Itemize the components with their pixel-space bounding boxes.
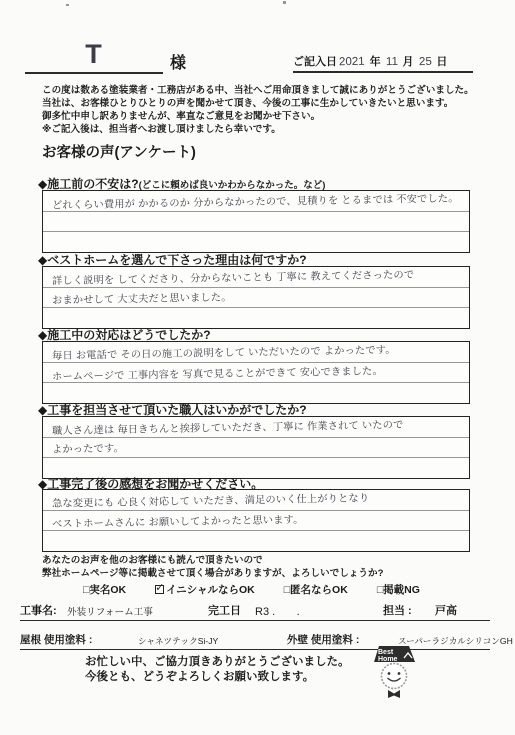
closing-line-1: お忙しい中、ご協力頂きありがとうございました。 xyxy=(85,655,350,670)
option-no-publish-label: □掲載NG xyxy=(377,582,420,597)
answer-row: おまかせして 大丈夫だと思いました。 xyxy=(43,288,469,309)
closing-line-2: 今後とも、どうぞよろしくお願い致します。 xyxy=(85,670,350,685)
answer-5-line-2: ベストホームさんに お願いしてよかったと思います。 xyxy=(52,511,304,530)
answer-row: ベストホームさんに お願いしてよかったと思います。 xyxy=(43,511,469,532)
answer-row: ホームページで 工事内容を 写真で見ることができて 安心できました。 xyxy=(43,363,469,384)
checkbox-initials-icon xyxy=(155,585,164,594)
option-anonymous: □匿名ならOK xyxy=(284,582,348,597)
mascot-icon: Best Home xyxy=(371,645,419,703)
intro-line-1: この度は数ある塗装業者・工務店がある中、当社へご用命頂きまして誠にありがとうござ… xyxy=(42,84,474,97)
answer-row xyxy=(43,531,469,551)
paints-info-row: 屋根 使用塗料 : シャネツテックSi-JY 外壁 使用塗料 : スーパーラジカ… xyxy=(20,630,490,650)
answer-2-line-2: おまかせして 大丈夫だと思いました。 xyxy=(52,288,232,306)
manager-label: 担当 : xyxy=(383,602,412,618)
option-initials-label: イニシャルならOK xyxy=(166,582,255,597)
answer-3-line-2: ホームページで 工事内容を 写真で見ることができて 安心できました。 xyxy=(52,363,383,383)
answer-row xyxy=(43,212,469,233)
customer-name-field: T xyxy=(25,34,163,74)
answer-4-line-1: 職人さん達は 毎日きちんと挨拶していただき、丁寧に 作業されて いたので xyxy=(52,417,404,437)
answer-box-4: 職人さん達は 毎日きちんと挨拶していただき、丁寧に 作業されて いたので よかっ… xyxy=(42,416,470,479)
consent-paragraph: あなたのお声を他のお客様にも読んで頂きたいので 弊社ホームページ等に掲載させて頂… xyxy=(42,554,383,580)
intro-line-2: 当社は、お客様ひとりひとりの声を聞かせて頂き、今後の工事に生かしていきたいと思い… xyxy=(42,97,474,110)
best-home-mascot-logo: Best Home xyxy=(371,645,419,703)
option-initials: イニシャルならOK xyxy=(155,582,255,597)
intro-line-3: 御多忙中申し訳ありませんが、率直なご意見をお聞かせ下さい。 xyxy=(42,110,474,123)
fill-date-month-value: 11 xyxy=(385,56,397,68)
manager-value: 戸高 xyxy=(435,602,457,618)
scan-speck xyxy=(66,4,69,6)
answer-box-2: 詳しく説明を してくださり、分からないことも 丁寧に 教えてくださったので おま… xyxy=(42,266,470,329)
option-real-name: □実名OK xyxy=(83,582,126,597)
consent-options: □実名OK イニシャルならOK □匿名ならOK □掲載NG xyxy=(83,582,420,597)
fill-date-field: ご記入日 2021 年 11 月 25 日 xyxy=(293,46,473,73)
option-anonymous-label: □匿名ならOK xyxy=(284,582,348,597)
option-real-name-label: □実名OK xyxy=(83,582,126,597)
answer-row: 職人さん達は 毎日きちんと挨拶していただき、丁寧に 作業されて いたので xyxy=(43,417,469,438)
project-info-row: 工事名: 外装リフォーム工事 完工日 R3 . . 担当 : 戸高 xyxy=(20,601,490,621)
answer-row xyxy=(43,232,469,252)
question-1-label: ◆施工前の不安は? xyxy=(38,177,139,191)
option-no-publish: □掲載NG xyxy=(377,582,420,597)
answer-row: 詳しく説明を してくださり、分からないことも 丁寧に 教えてくださったので xyxy=(43,267,469,288)
customer-name-honorific: 様 xyxy=(170,50,186,73)
question-3-label: ◆施工中の対応はどうでしたか? xyxy=(38,328,211,342)
intro-paragraph: この度は数ある塗装業者・工務店がある中、当社へご用命頂きまして誠にありがとうござ… xyxy=(42,84,474,136)
year-unit-label: 年 xyxy=(370,53,381,69)
answer-box-3: 毎日 お電話で その日の施工の説明をして いただいたので よかったです。 ホーム… xyxy=(42,341,470,404)
answer-row: どれくらい費用が かかるのか 分からなかったので、見積りを とるまでは 不安でし… xyxy=(43,191,469,212)
project-name-value: 外装リフォーム工事 xyxy=(67,604,153,618)
answer-box-1: どれくらい費用が かかるのか 分からなかったので、見積りを とるまでは 不安でし… xyxy=(42,190,470,253)
answer-5-line-1: 急な変更にも 心良く対応して いただき、満足のいく仕上がりとなり xyxy=(52,490,369,510)
day-unit-label: 日 xyxy=(436,53,447,69)
month-unit-label: 月 xyxy=(403,53,414,69)
closing-message: お忙しい中、ご協力頂きありがとうございました。 今後とも、どうぞよろしくお願い致… xyxy=(85,655,350,685)
answer-3-line-1: 毎日 お電話で その日の施工の説明をして いただいたので よかったです。 xyxy=(52,342,396,362)
scan-speck xyxy=(283,1,286,4)
answer-row: 毎日 お電話で その日の施工の説明をして いただいたので よかったです。 xyxy=(43,342,469,363)
consent-line-1: あなたのお声を他のお客様にも読んで頂きたいので xyxy=(42,554,383,567)
question-4-label: ◆工事を担当させて頂いた職人はいかがでしたか? xyxy=(38,403,307,417)
svg-text:Home: Home xyxy=(378,656,398,663)
roof-paint-value: シャネツテックSi-JY xyxy=(138,635,218,647)
project-name-label: 工事名: xyxy=(20,602,57,618)
consent-line-2: 弊社ホームページ等に掲載させて頂く場合がありますが、よろしいでしょうか? xyxy=(42,567,383,580)
answer-1-line-1: どれくらい費用が かかるのか 分からなかったので、見積りを とるまでは 不安でし… xyxy=(52,191,459,212)
answer-4-line-2: よかったです。 xyxy=(52,439,124,455)
survey-title: お客様の声(アンケート) xyxy=(42,141,196,162)
answer-row: 急な変更にも 心良く対応して いただき、満足のいく仕上がりとなり xyxy=(43,490,469,511)
answer-2-line-1: 詳しく説明を してくださり、分からないことも 丁寧に 教えてくださったので xyxy=(52,267,414,287)
question-2-label: ◆ベストホームを選んで下さった理由は何ですか? xyxy=(38,253,307,267)
completion-date-value: R3 . . xyxy=(255,606,300,618)
answer-row: よかったです。 xyxy=(43,438,469,459)
scanned-survey-page: T 様 ご記入日 2021 年 11 月 25 日 この度は数ある塗装業者・工務… xyxy=(0,0,515,735)
fill-date-label: ご記入日 xyxy=(293,53,337,69)
answer-box-5: 急な変更にも 心良く対応して いただき、満足のいく仕上がりとなり ベストホームさ… xyxy=(42,489,470,552)
fill-date-year-value: 2021 xyxy=(339,56,365,68)
svg-text:Best: Best xyxy=(378,649,394,656)
customer-name-value: T xyxy=(85,39,103,69)
intro-line-4: ※ご記入後は、担当者へお渡し頂けましたら幸いです。 xyxy=(42,123,474,136)
completion-date-label: 完工日 xyxy=(208,602,241,618)
fill-date-day-value: 25 xyxy=(418,56,431,68)
wall-paint-label: 外壁 使用塗料 : xyxy=(287,632,359,647)
roof-paint-label: 屋根 使用塗料 : xyxy=(20,632,92,647)
